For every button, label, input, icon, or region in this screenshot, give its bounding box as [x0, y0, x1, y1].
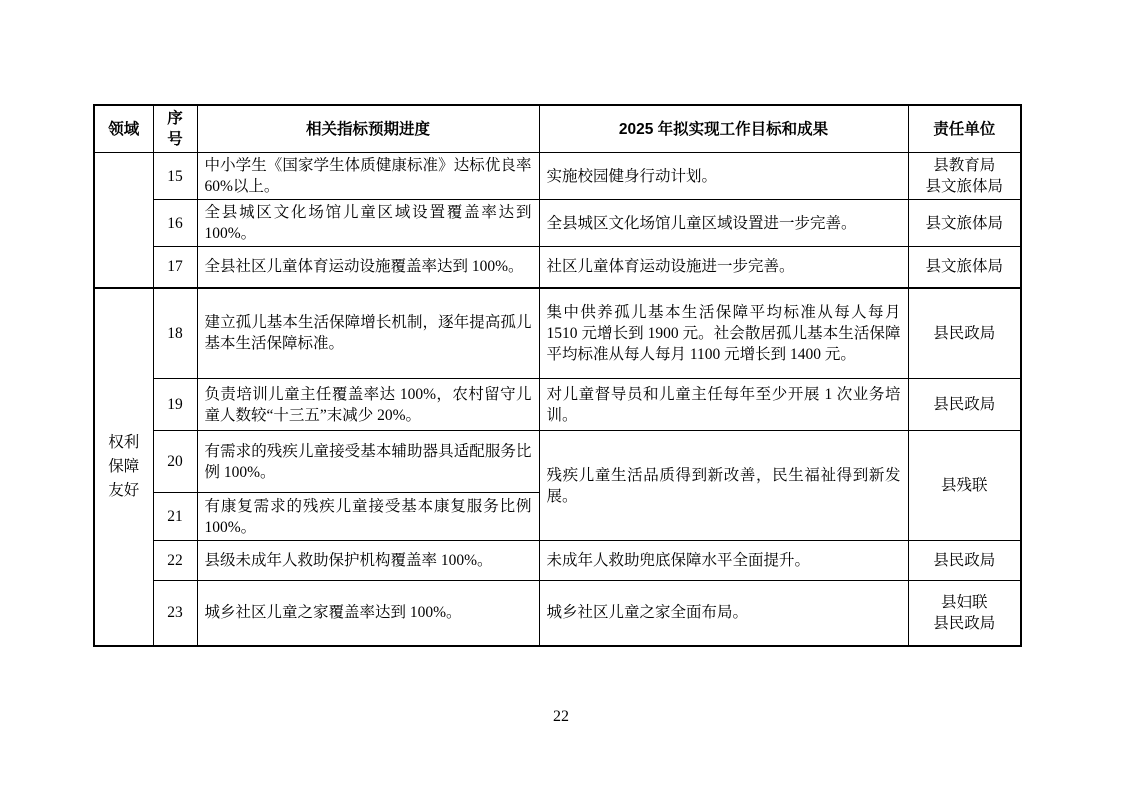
goal-cell: 社区儿童体育运动设施进一步完善。: [539, 247, 908, 288]
unit-cell: 县文旅体局: [908, 200, 1021, 247]
unit-cell: 县教育局 县文旅体局: [908, 153, 1021, 200]
indicator-cell: 全县城区文化场馆儿童区域设置覆盖率达到 100%。: [197, 200, 539, 247]
goal-cell: 城乡社区儿童之家全面布局。: [539, 581, 908, 646]
row-number: 23: [153, 581, 197, 646]
indicator-cell: 有需求的残疾儿童接受基本辅助器具适配服务比例 100%。: [197, 431, 539, 493]
goal-cell: 实施校园健身行动计划。: [539, 153, 908, 200]
indicator-cell: 中小学生《国家学生体质健康标准》达标优良率 60%以上。: [197, 153, 539, 200]
domain-label: 权利保障友好: [108, 431, 139, 503]
table-row: 22 县级未成年人救助保护机构覆盖率 100%。 未成年人救助兜底保障水平全面提…: [94, 541, 1021, 581]
row-number: 17: [153, 247, 197, 288]
unit-cell: 县民政局: [908, 541, 1021, 581]
indicator-cell: 县级未成年人救助保护机构覆盖率 100%。: [197, 541, 539, 581]
unit-cell: 县妇联 县民政局: [908, 581, 1021, 646]
row-number: 18: [153, 288, 197, 379]
table-header-row: 领域 序号 相关指标预期进度 2025 年拟实现工作目标和成果 责任单位: [94, 105, 1021, 153]
row-number: 15: [153, 153, 197, 200]
goal-cell: 全县城区文化场馆儿童区域设置进一步完善。: [539, 200, 908, 247]
document-page: 领域 序号 相关指标预期进度 2025 年拟实现工作目标和成果 责任单位 15 …: [0, 0, 1122, 793]
table-row: 权利保障友好 18 建立孤儿基本生活保障增长机制，逐年提高孤儿基本生活保障标准。…: [94, 288, 1021, 379]
row-number: 21: [153, 493, 197, 541]
row-number: 19: [153, 379, 197, 431]
indicator-table: 领域 序号 相关指标预期进度 2025 年拟实现工作目标和成果 责任单位 15 …: [93, 104, 1022, 647]
unit-cell: 县文旅体局: [908, 247, 1021, 288]
header-indicator: 相关指标预期进度: [197, 105, 539, 153]
goal-cell: 集中供养孤儿基本生活保障平均标准从每人每月 1510 元增长到 1900 元。社…: [539, 288, 908, 379]
goal-cell: 未成年人救助兜底保障水平全面提升。: [539, 541, 908, 581]
unit-cell: 县民政局: [908, 288, 1021, 379]
indicator-cell: 有康复需求的残疾儿童接受基本康复服务比例 100%。: [197, 493, 539, 541]
table-row: 17 全县社区儿童体育运动设施覆盖率达到 100%。 社区儿童体育运动设施进一步…: [94, 247, 1021, 288]
header-no: 序号: [153, 105, 197, 153]
header-unit: 责任单位: [908, 105, 1021, 153]
indicator-cell: 全县社区儿童体育运动设施覆盖率达到 100%。: [197, 247, 539, 288]
table-row: 19 负责培训儿童主任覆盖率达 100%，农村留守儿童人数较“十三五”末减少 2…: [94, 379, 1021, 431]
goal-cell-merged: 残疾儿童生活品质得到新改善，民生福祉得到新发展。: [539, 431, 908, 541]
header-goal: 2025 年拟实现工作目标和成果: [539, 105, 908, 153]
indicator-cell: 城乡社区儿童之家覆盖率达到 100%。: [197, 581, 539, 646]
goal-cell: 对儿童督导员和儿童主任每年至少开展 1 次业务培训。: [539, 379, 908, 431]
row-number: 16: [153, 200, 197, 247]
table-row: 23 城乡社区儿童之家覆盖率达到 100%。 城乡社区儿童之家全面布局。 县妇联…: [94, 581, 1021, 646]
indicator-cell: 负责培训儿童主任覆盖率达 100%，农村留守儿童人数较“十三五”末减少 20%。: [197, 379, 539, 431]
table-row: 15 中小学生《国家学生体质健康标准》达标优良率 60%以上。 实施校园健身行动…: [94, 153, 1021, 200]
unit-cell: 县民政局: [908, 379, 1021, 431]
row-number: 20: [153, 431, 197, 493]
header-domain: 领域: [94, 105, 153, 153]
domain-cell-empty: [94, 153, 153, 288]
unit-cell-merged: 县残联: [908, 431, 1021, 541]
domain-cell-rights: 权利保障友好: [94, 288, 153, 646]
page-number: 22: [0, 708, 1122, 726]
table-row: 20 有需求的残疾儿童接受基本辅助器具适配服务比例 100%。 残疾儿童生活品质…: [94, 431, 1021, 493]
table-row: 16 全县城区文化场馆儿童区域设置覆盖率达到 100%。 全县城区文化场馆儿童区…: [94, 200, 1021, 247]
indicator-cell: 建立孤儿基本生活保障增长机制，逐年提高孤儿基本生活保障标准。: [197, 288, 539, 379]
row-number: 22: [153, 541, 197, 581]
